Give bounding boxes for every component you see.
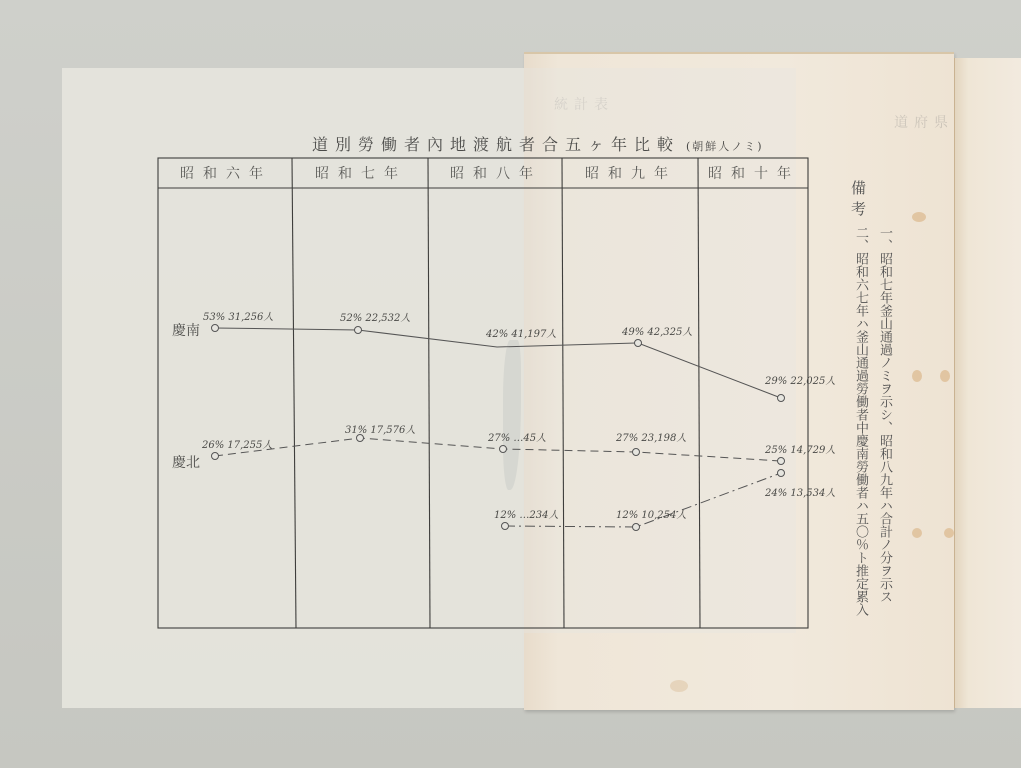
point-label: 42% 41,197人 [486, 325, 556, 340]
point-label: 29% 22,025人 [765, 372, 835, 387]
point-label: 26% 17,255人 [202, 436, 272, 451]
point-label: 24% 13,534人 [765, 484, 835, 499]
series-label-gyeongnam: 慶南 [172, 320, 200, 340]
remark-2: 二、昭和六七年ハ釜山通過勞働者中慶南勞働者ハ五〇％ト推定累入 [848, 226, 868, 616]
column-header: 昭和十年 [700, 163, 808, 185]
point-label: 12% …234人 [494, 506, 559, 521]
series-label-gyeongbuk: 慶北 [172, 452, 200, 472]
column-header: 昭和八年 [430, 163, 562, 185]
point-label: 27% …45人 [488, 429, 546, 444]
point-label: 31% 17,576人 [345, 421, 415, 436]
point-label: 49% 42,325人 [622, 323, 692, 338]
point-label: 53% 31,256人 [203, 308, 273, 323]
point-label: 27% 23,198人 [616, 429, 686, 444]
remarks-heading: 備考 [846, 180, 866, 222]
column-header: 昭和六年 [160, 163, 292, 185]
remark-1: 一、昭和七年釜山通過ノミヲ示シ、昭和八九年ハ合計ノ分ヲ示ス [872, 226, 892, 603]
column-header: 昭和七年 [294, 163, 428, 185]
point-label: 25% 14,729人 [765, 441, 835, 456]
point-label: 12% 10,254人 [616, 506, 686, 521]
point-label: 52% 22,532人 [340, 309, 410, 324]
column-header: 昭和九年 [564, 163, 698, 185]
